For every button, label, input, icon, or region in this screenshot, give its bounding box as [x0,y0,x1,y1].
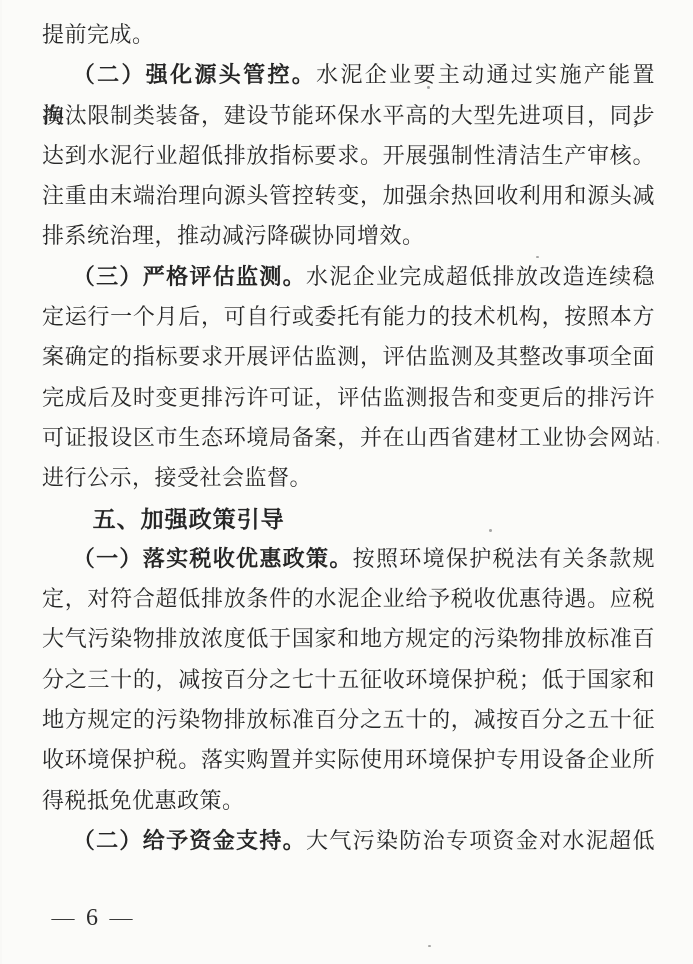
text-line: 得税抵免优惠政策。 [42,781,655,821]
footer-dash-right: — [110,907,133,930]
page-number: 6 [86,905,98,932]
text-line: 可证报设区市生态环境局备案，并在山西省建材工业协会网站 [42,418,655,458]
text-line: 淘汰限制类装备，建设节能环保水平高的大型先进项目，同步 [42,96,655,136]
text-line: 大气污染物排放浓度低于国家和地方规定的污染物排放标准百 [42,619,655,659]
text-line: 定，对符合超低排放条件的水泥企业给予税收优惠待遇。应税 [42,579,655,619]
text-line: 分之三十的，减按百分之七十五征收环境保护税；低于国家和 [42,660,655,700]
paragraph-lead-bold: （一）落实税收优惠政策。 [73,546,353,571]
text-line: （二）强化源头管控。水泥企业要主动通过实施产能置换， [42,55,655,95]
text-line: 地方规定的污染物排放标准百分之五十的，减按百分之五十征 [42,700,655,740]
scan-speck [536,256,539,258]
scan-speck [657,441,659,444]
text-line: 注重由末端治理向源头管控转变，加强余热回收利用和源头减 [42,176,655,216]
text-line: 达到水泥行业超低排放指标要求。开展强制性清洁生产审核。 [42,136,655,176]
paragraph-lead-bold: （二）给予资金支持。 [73,828,306,853]
text-line: （三）严格评估监测。水泥企业完成超低排放改造连续稳 [42,257,655,297]
text-line: 收环境保护税。落实购置并实际使用环境保护专用设备企业所 [42,740,655,780]
footer-dash-left: — [52,907,75,930]
document-page: 提前完成。（二）强化源头管控。水泥企业要主动通过实施产能置换，淘汰限制类装备，建… [0,0,693,964]
scan-speck [428,945,431,947]
scan-speck [489,529,492,532]
text-line: 进行公示，接受社会监督。 [42,458,655,498]
text-line: 案确定的指标要求开展评估监测，评估监测及其整改事项全面 [42,337,655,377]
document-body: 提前完成。（二）强化源头管控。水泥企业要主动通过实施产能置换，淘汰限制类装备，建… [0,0,693,861]
text-line: （一）落实税收优惠政策。按照环境保护税法有关条款规 [42,539,655,579]
paragraph-lead-bold: （三）严格评估监测。 [73,264,306,289]
scan-speck [427,86,430,89]
text-line: 排系统治理，推动减污降碳协同增效。 [42,216,655,256]
text-line: 定运行一个月后，可自行或委托有能力的技术机构，按照本方 [42,297,655,337]
text-line: 完成后及时变更排污许可证，评估监测报告和变更后的排污许 [42,378,655,418]
section-heading-text: 五、加强政策引导 [93,506,285,532]
text-line: （二）给予资金支持。大气污染防治专项资金对水泥超低 [42,821,655,861]
paragraph-lead-bold: （二）强化源头管控。 [73,62,316,87]
text-line: 提前完成。 [42,15,655,55]
page-footer: — 6 — [53,905,131,932]
section-heading: 五、加强政策引导 [42,499,655,539]
